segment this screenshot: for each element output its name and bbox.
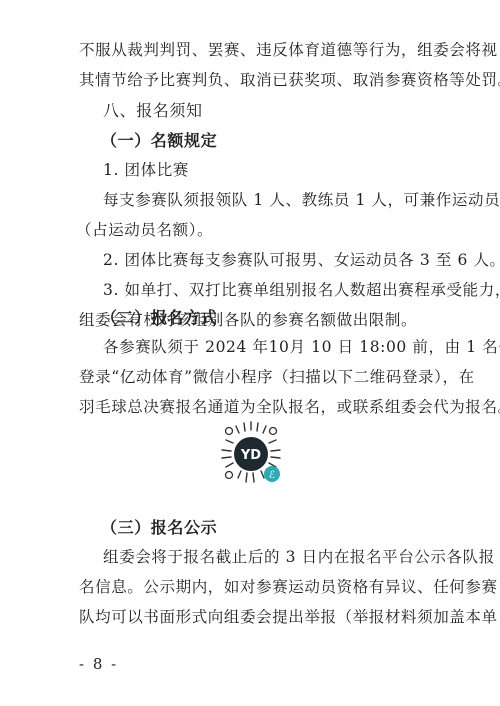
paragraph-line: （占运动员名额）。	[76, 218, 213, 240]
paragraph-line: 不服从裁判判罚、罢赛、违反体育道德等行为，组委会将视	[79, 38, 498, 60]
svg-text:YD: YD	[240, 448, 261, 463]
subsection-heading: （三）报名公示	[101, 515, 217, 538]
list-item: 3. 如单打、双打比赛单组别报名人数超出赛程承受能力，	[103, 278, 500, 300]
paragraph-line: 登录“亿动体育”微信小程序（扫描以下二维码登录），在	[79, 365, 475, 387]
svg-text:ℰ: ℰ	[269, 470, 275, 481]
qr-code-icon: YD ℰ	[196, 420, 306, 486]
mini-program-qr-code[interactable]: YD ℰ	[196, 420, 306, 486]
list-item: 2. 团体比赛每支参赛队可报男、女运动员各 3 至 6 人。	[103, 248, 500, 270]
subsection-heading: （一）名额规定	[101, 128, 217, 151]
section-heading: 八、报名须知	[103, 98, 203, 121]
paragraph-line: 组委会将于报名截止后的 3 日内在报名平台公示各队报	[103, 545, 495, 567]
paragraph-line: 羽毛球总决赛报名通道为全队报名，或联系组委会代为报名。	[79, 395, 500, 417]
list-item: 1. 团体比赛	[103, 158, 189, 180]
paragraph-line: 每支参赛队须报领队 1 人、教练员 1 人，可兼作运动员	[103, 188, 500, 210]
page-number: - 8 -	[79, 655, 118, 673]
subsection-heading: （二）报名方式	[101, 305, 217, 328]
paragraph-line: 其情节给予比赛判负、取消已获奖项、取消参赛资格等处罚。	[79, 68, 500, 90]
paragraph-line: 各参赛队须于 2024 年10月 10 日 18:00 前，由 1 名代表	[103, 335, 500, 357]
paragraph-line: 队均可以书面形式向组委会提出举报（举报材料须加盖本单	[79, 605, 498, 627]
paragraph-line: 名信息。公示期内，如对参赛运动员资格有异议、任何参赛	[79, 575, 498, 597]
